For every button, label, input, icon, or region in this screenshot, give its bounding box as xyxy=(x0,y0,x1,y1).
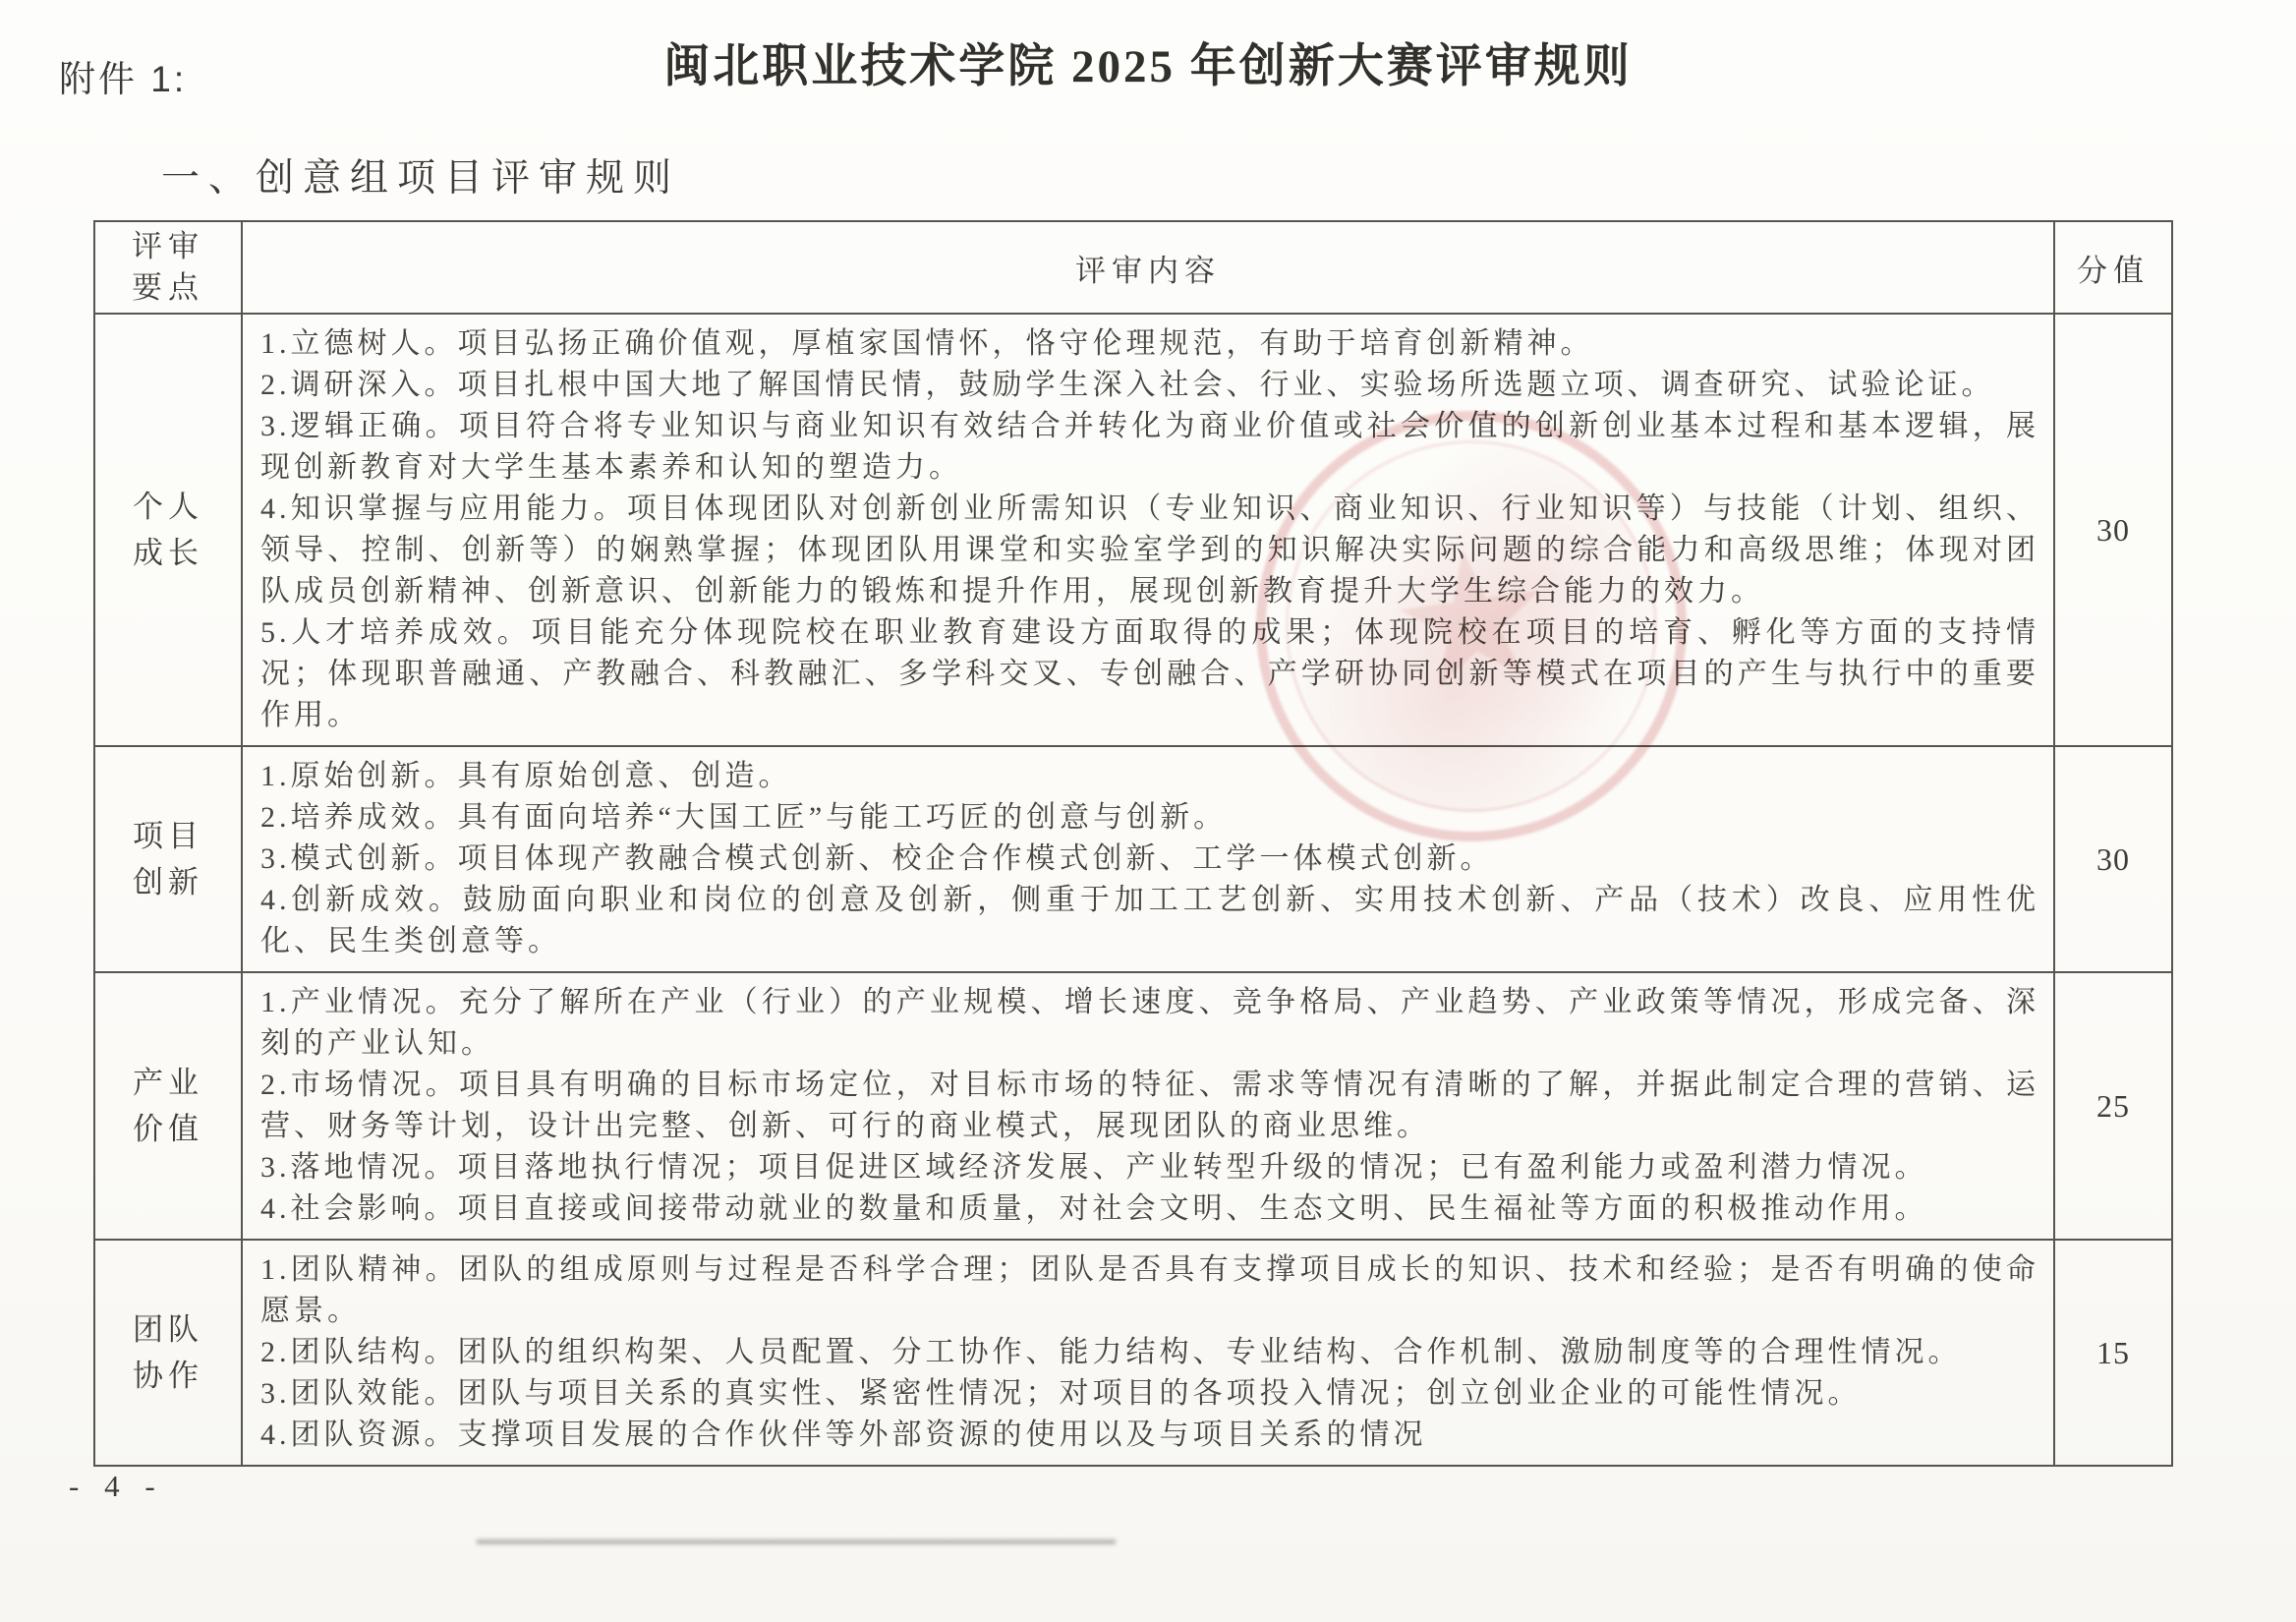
row-content: 1.产业情况。充分了解所在产业（行业）的产业规模、增长速度、竞争格局、产业趋势、… xyxy=(242,972,2054,1240)
row-content: 1.立德树人。项目弘扬正确价值观，厚植家国情怀，恪守伦理规范，有助于培育创新精神… xyxy=(242,314,2054,746)
row-label-line: 项目 xyxy=(96,813,240,859)
row-score: 30 xyxy=(2054,746,2172,972)
header-criteria-line1: 评审 xyxy=(96,226,240,267)
criterion-item: 5.人才培养成效。项目能充分体现院校在职业教育建设方面取得的成果；体现院校在项目… xyxy=(260,612,2039,736)
row-score: 15 xyxy=(2054,1240,2172,1466)
criterion-item: 3.模式创新。项目体现产教融合模式创新、校企合作模式创新、工学一体模式创新。 xyxy=(260,839,2039,880)
table-row-project-innovation: 项目 创新 1.原始创新。具有原始创意、创造。 2.培养成效。具有面向培养“大国… xyxy=(94,746,2172,972)
criterion-item: 2.调研深入。项目扎根中国大地了解国情民情，鼓励学生深入社会、行业、实验场所选题… xyxy=(260,365,2039,406)
criterion-item: 4.知识掌握与应用能力。项目体现团队对创新创业所需知识（专业知识、商业知识、行业… xyxy=(260,489,2039,612)
row-content: 1.团队精神。团队的组成原则与过程是否科学合理；团队是否具有支撑项目成长的知识、… xyxy=(242,1240,2054,1466)
row-label: 项目 创新 xyxy=(94,746,242,972)
row-label-line: 价值 xyxy=(96,1106,240,1152)
row-label: 个人 成长 xyxy=(94,314,242,746)
page-number: - 4 - xyxy=(69,1469,164,1504)
header-content: 评审内容 xyxy=(242,221,2054,314)
criterion-item: 4.社会影响。项目直接或间接带动就业的数量和质量，对社会文明、生态文明、民生福祉… xyxy=(260,1188,2039,1230)
scan-artifact xyxy=(477,1539,1116,1544)
table-row-personal-growth: 个人 成长 1.立德树人。项目弘扬正确价值观，厚植家国情怀，恪守伦理规范，有助于… xyxy=(94,314,2172,746)
row-label-line: 产业 xyxy=(96,1060,240,1106)
criterion-item: 2.市场情况。项目具有明确的目标市场定位，对目标市场的特征、需求等情况有清晰的了… xyxy=(260,1065,2039,1147)
header-criteria-line2: 要点 xyxy=(96,267,240,309)
row-label: 产业 价值 xyxy=(94,972,242,1240)
criterion-item: 1.产业情况。充分了解所在产业（行业）的产业规模、增长速度、竞争格局、产业趋势、… xyxy=(260,982,2039,1065)
criterion-item: 1.立德树人。项目弘扬正确价值观，厚植家国情怀，恪守伦理规范，有助于培育创新精神… xyxy=(260,323,2039,365)
header-score: 分值 xyxy=(2054,221,2172,314)
table-row-team-collaboration: 团队 协作 1.团队精神。团队的组成原则与过程是否科学合理；团队是否具有支撑项目… xyxy=(94,1240,2172,1466)
row-score: 30 xyxy=(2054,314,2172,746)
row-label-line: 成长 xyxy=(96,530,240,576)
document-page: 附件 1: 闽北职业技术学院 2025 年创新大赛评审规则 一、创意组项目评审规… xyxy=(0,0,2296,1622)
section-heading: 一、创意组项目评审规则 xyxy=(161,147,680,203)
criterion-item: 4.团队资源。支撑项目发展的合作伙伴等外部资源的使用以及与项目关系的情况 xyxy=(260,1415,2039,1456)
row-label-line: 个人 xyxy=(96,484,240,530)
criterion-item: 2.培养成效。具有面向培养“大国工匠”与能工巧匠的创意与创新。 xyxy=(260,797,2039,839)
criterion-item: 4.创新成效。鼓励面向职业和岗位的创意及创新，侧重于加工工艺创新、实用技术创新、… xyxy=(260,880,2039,962)
criterion-item: 3.团队效能。团队与项目关系的真实性、紧密性情况；对项目的各项投入情况；创立创业… xyxy=(260,1373,2039,1415)
review-rules-table: 评审 要点 评审内容 分值 个人 成长 1.立德树人。项目弘扬正确价值观，厚植家… xyxy=(93,220,2173,1467)
criterion-item: 3.逻辑正确。项目符合将专业知识与商业知识有效结合并转化为商业价值或社会价值的创… xyxy=(260,406,2039,489)
table-row-industry-value: 产业 价值 1.产业情况。充分了解所在产业（行业）的产业规模、增长速度、竞争格局… xyxy=(94,972,2172,1240)
row-content: 1.原始创新。具有原始创意、创造。 2.培养成效。具有面向培养“大国工匠”与能工… xyxy=(242,746,2054,972)
row-label-line: 创新 xyxy=(96,859,240,905)
row-label: 团队 协作 xyxy=(94,1240,242,1466)
criterion-item: 2.团队结构。团队的组织构架、人员配置、分工协作、能力结构、专业结构、合作机制、… xyxy=(260,1332,2039,1373)
criterion-item: 1.团队精神。团队的组成原则与过程是否科学合理；团队是否具有支撑项目成长的知识、… xyxy=(260,1249,2039,1332)
document-title: 闽北职业技术学院 2025 年创新大赛评审规则 xyxy=(0,29,2296,95)
header-criteria: 评审 要点 xyxy=(94,221,242,314)
table-header-row: 评审 要点 评审内容 分值 xyxy=(94,221,2172,314)
criterion-item: 3.落地情况。项目落地执行情况；项目促进区域经济发展、产业转型升级的情况；已有盈… xyxy=(260,1147,2039,1188)
row-label-line: 团队 xyxy=(96,1306,240,1353)
row-score: 25 xyxy=(2054,972,2172,1240)
criterion-item: 1.原始创新。具有原始创意、创造。 xyxy=(260,756,2039,797)
row-label-line: 协作 xyxy=(96,1353,240,1399)
